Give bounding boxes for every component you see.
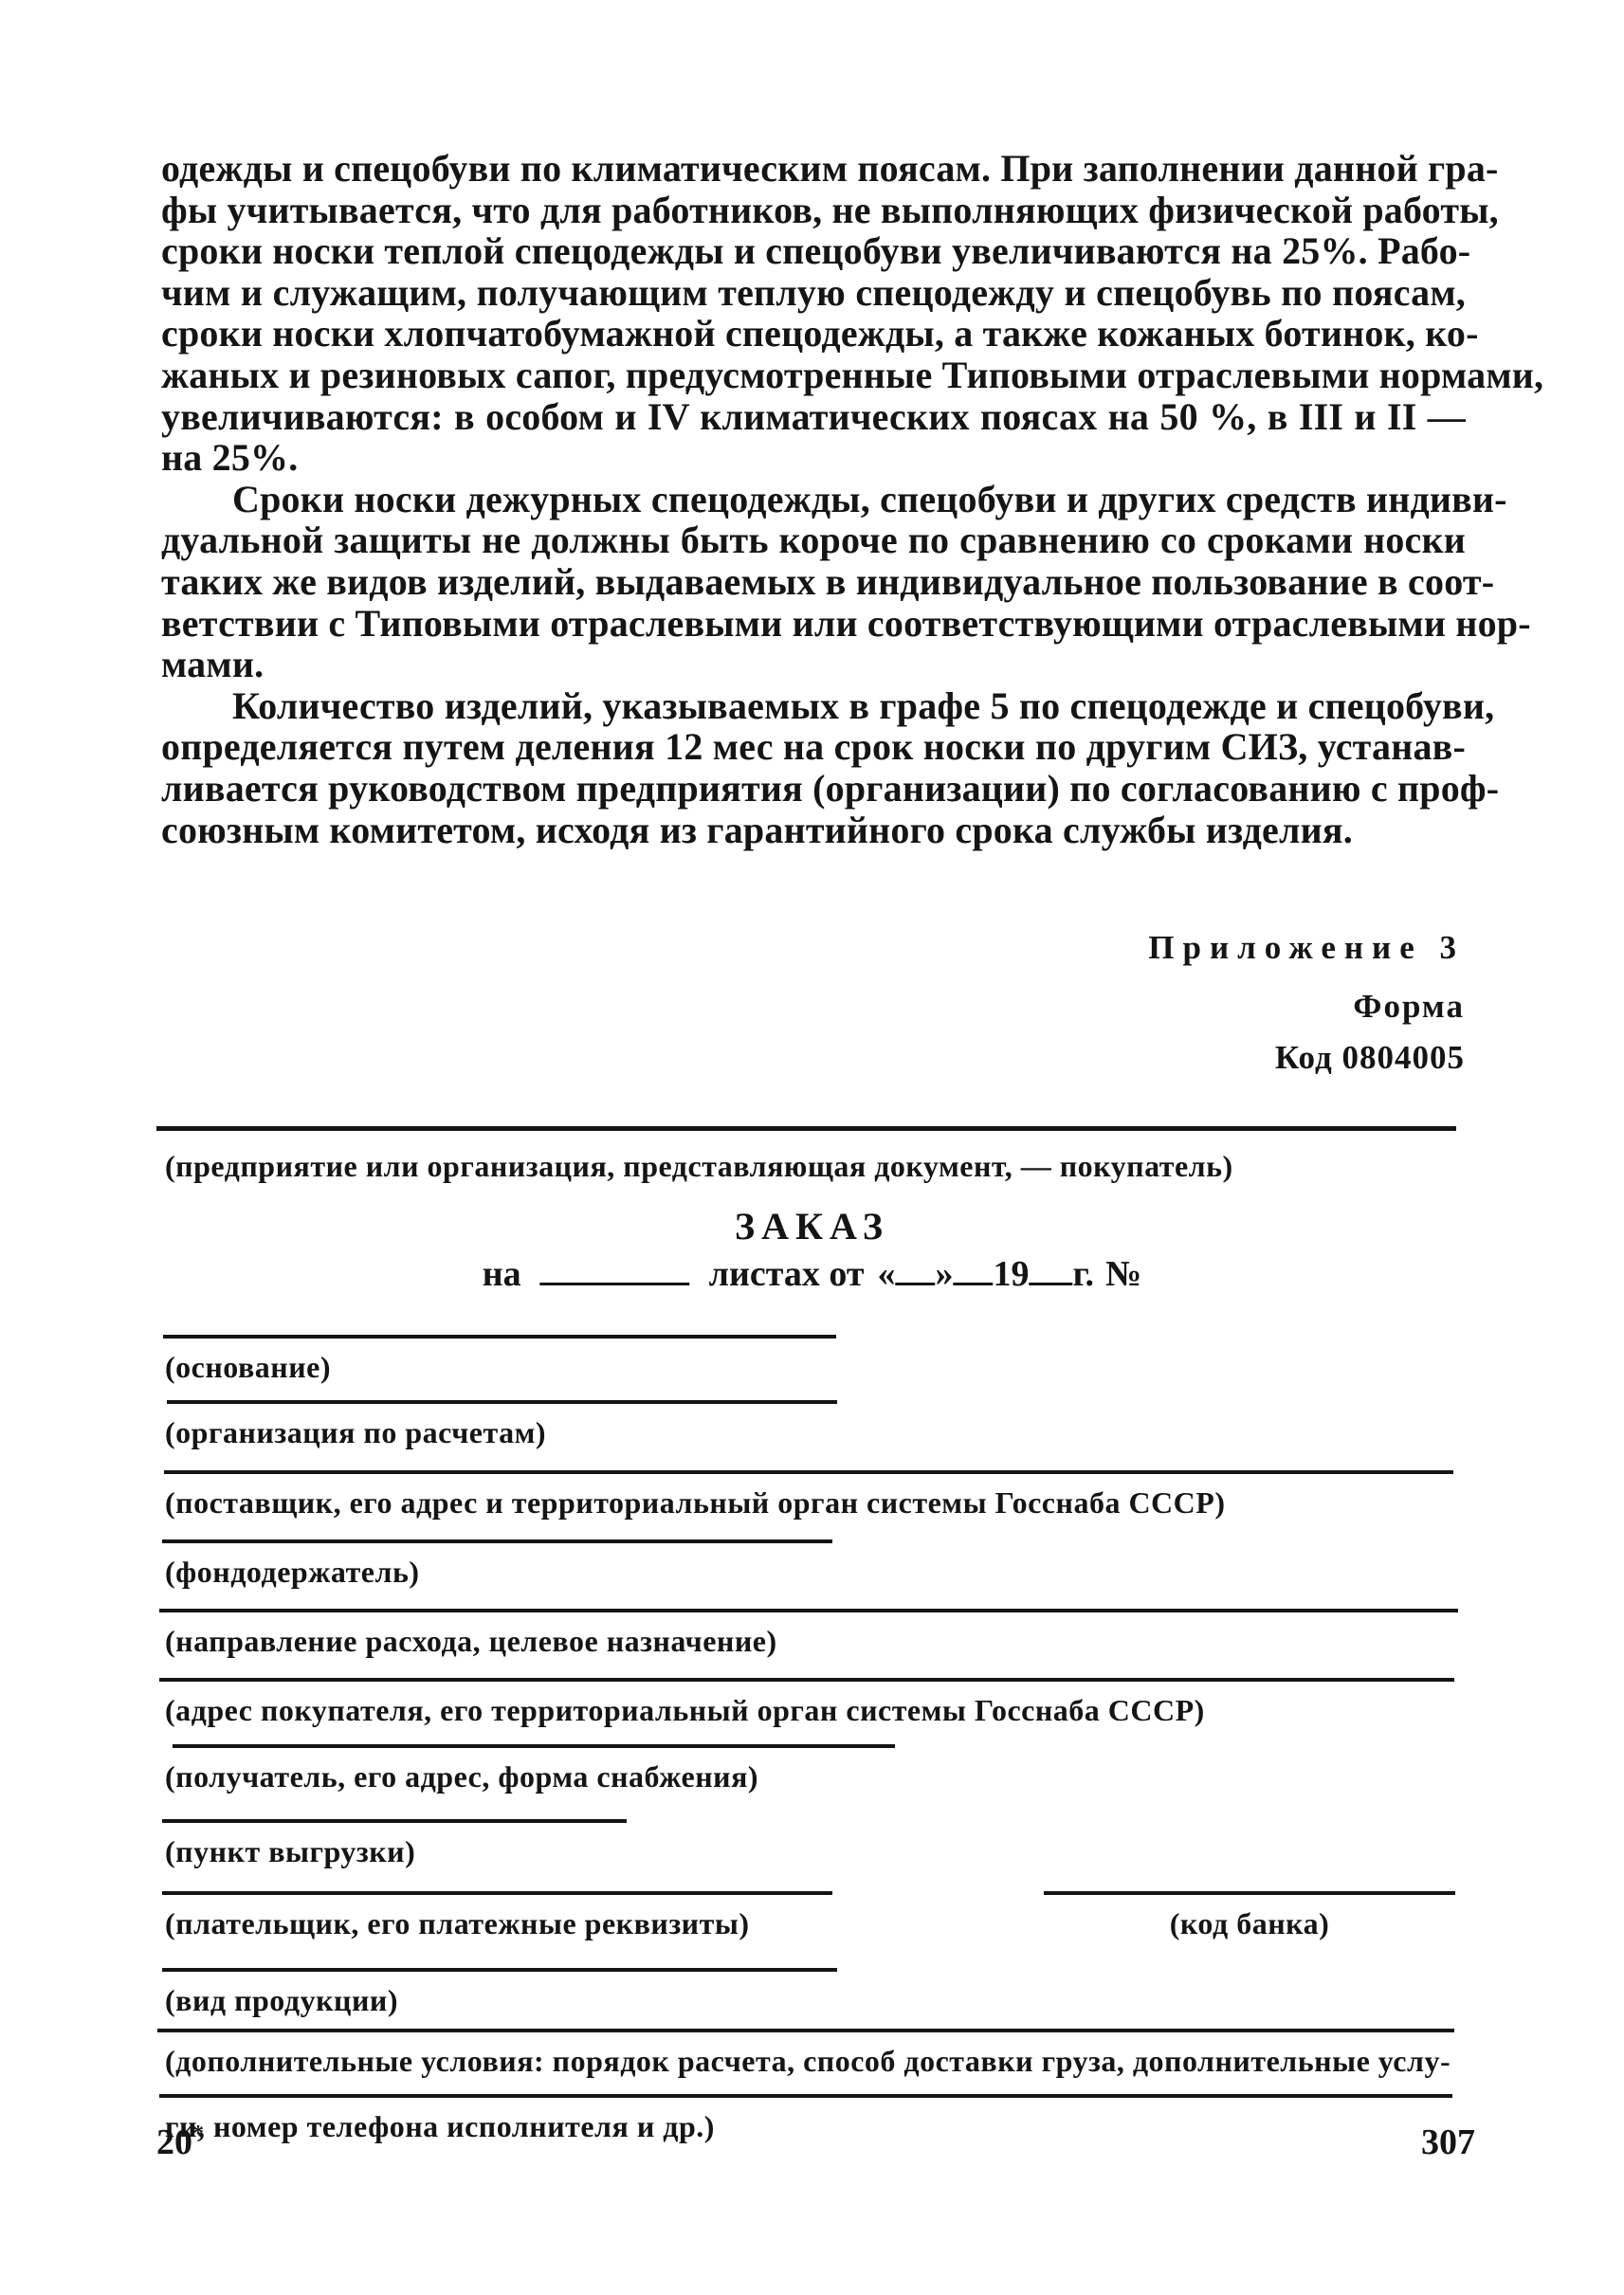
paragraph-line: на 25%. [161,437,1466,479]
label-additional-terms-cont: ги, номер телефона исполнителя и др.) [165,2109,715,2144]
label-payer: (плательщик, его платежные реквизиты) [165,1906,749,1941]
label-basis: (основание) [165,1350,331,1385]
paragraph-line: Сроки носки дежурных спецодежды, спецобу… [161,479,1466,520]
appendix-title: Приложение 3 [1148,929,1465,967]
paragraph-line: дуальной защиты не должны быть короче по… [161,519,1466,561]
rule-payer [162,1891,832,1895]
paragraph-line: таких же видов изделий, выдаваемых в инд… [161,561,1466,603]
printer-signature: 20* [156,2122,204,2163]
signature-asterisk: * [192,2122,204,2146]
blank-year [1030,1278,1073,1285]
label-buyer-address: (адрес покупателя, его территориальный о… [165,1693,1205,1728]
label-additional-terms: (дополнительные условия: порядок расчета… [165,2044,1451,2079]
subtitle-word-listah-ot: листах от [709,1253,865,1295]
rule-settlement-organization [167,1400,837,1404]
paragraph-line: увеличиваются: в особом и IV климатическ… [161,396,1466,438]
quote-close: » [936,1253,954,1295]
form-header-rule [156,1126,1456,1131]
rule-supplier [164,1470,1453,1474]
label-supplier: (поставщик, его адрес и территориальный … [165,1485,1225,1521]
label-expense-purpose: (направление расхода, целевое назначение… [165,1624,777,1659]
subtitle-year: 19 [994,1253,1030,1295]
paragraph-line: Количество изделий, указываемых в графе … [161,685,1466,727]
paragraph-line: определяется путем деления 12 мес на сро… [161,726,1466,768]
label-bank-code: (код банка) [1044,1906,1455,1941]
rule-unloading-point [162,1819,627,1823]
paragraph-line: жаных и резиновых сапог, предусмотренные… [161,355,1466,396]
subtitle-word-na: на [483,1253,521,1295]
body-text: одежды и спецобуви по климатическим пояс… [161,148,1466,850]
rule-additional-terms-cont [159,2094,1452,2098]
order-subtitle: налистах от«»19г.№ [483,1253,1141,1295]
rule-product-type [162,1968,837,1972]
label-unloading-point: (пункт выгрузки) [165,1834,415,1869]
page-number: 307 [1421,2122,1475,2163]
paragraph-line: сроки носки хлопчатобумажной спецодежды,… [161,313,1466,355]
rule-expense-purpose [159,1609,1458,1612]
form-header-label: (предприятие или организация, представля… [165,1149,1233,1184]
rule-fund-holder [162,1539,832,1543]
quote-open: « [878,1253,896,1295]
paragraph-line: мами. [161,644,1466,685]
paragraph-line: ветствии с Типовыми отраслевыми или соот… [161,603,1466,645]
paragraph-line: фы учитывается, что для работников, не в… [161,190,1466,231]
rule-buyer-address [159,1678,1454,1682]
rule-consignee [173,1744,895,1748]
paragraph-line: ливается руководством предприятия (орган… [161,768,1466,810]
rule-basis [163,1335,836,1339]
label-settlement-organization: (организация по расчетам) [165,1415,546,1450]
subtitle-g: г. [1073,1253,1094,1295]
blank-sheets-count [540,1278,690,1285]
appendix-form-word: Форма [1353,988,1465,1026]
blank-month [954,1278,994,1285]
number-sign: № [1105,1253,1141,1295]
appendix-code: Код 0804005 [1275,1039,1465,1077]
paragraph-line: чим и служащим, получающим теплую спецод… [161,272,1466,314]
rule-additional-terms [157,2029,1454,2032]
label-product-type: (вид продукции) [165,1983,398,2018]
order-title: ЗАКАЗ [0,1204,1624,1248]
blank-day [896,1278,936,1285]
label-consignee: (получатель, его адрес, форма снабжения) [165,1759,758,1794]
scanned-document-page: одежды и спецобуви по климатическим пояс… [0,0,1624,2295]
paragraph-line: одежды и спецобуви по климатическим пояс… [161,148,1466,190]
rule-bank-code [1044,1891,1455,1895]
label-fund-holder: (фондодержатель) [165,1555,420,1590]
paragraph-line: союзным комитетом, исходя из гарантийног… [161,810,1466,851]
paragraph-line: сроки носки теплой спецодежды и спецобув… [161,230,1466,272]
